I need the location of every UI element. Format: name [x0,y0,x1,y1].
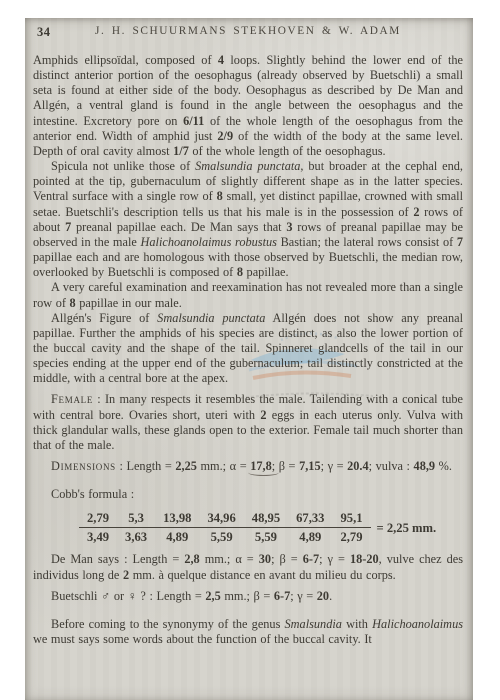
text-segment: mm.; α = [197,459,250,473]
text-segment: 18-20 [350,552,379,566]
paragraph: A very careful examination and reexamina… [33,280,463,310]
text-segment: ; γ = [290,589,317,603]
paragraph: De Man says : Length = 2,8 mm.; α = 30; … [33,552,463,582]
fraction-numerator: 48,95 [244,511,288,528]
text-segment: Allgén's Figure of [51,311,157,325]
text-segment: of the whole length of the oesophagus. [189,144,386,158]
species-name: Smalsundia [285,617,342,631]
text-segment: Amphids ellipsoïdal, composed of [33,53,218,67]
running-title: J. H. SCHUURMANS STEKHOVEN & W. ADAM [33,25,463,37]
scanned-page: 34 J. H. SCHUURMANS STEKHOVEN & W. ADAM … [25,18,473,700]
paragraph: Cobb's formula : [33,487,463,502]
fraction-denominator: 3,63 [117,528,155,545]
text-segment: preanal papillae each. De Man says that [71,220,286,234]
text-segment: Before coming to the synonymy of the gen… [51,617,285,631]
body-text-continued: De Man says : Length = 2,8 mm.; α = 30; … [33,552,463,647]
fraction-numerator: 13,98 [155,511,199,528]
species-name: Smalsundia punctata [195,159,300,173]
text-segment: %. [435,459,452,473]
text-segment: Female [51,392,93,406]
paragraph: Buetschli ♂ or ♀ ? : Length = 2,5 mm.; β… [33,589,463,604]
text-segment: ; γ = [319,552,350,566]
text-segment: 17,8 [250,459,272,473]
body-text: Amphids ellipsoïdal, composed of 4 loops… [33,53,463,502]
text-segment: 20.4 [347,459,369,473]
cobb-formula: 2,793,495,33,6313,984,8934,965,5948,955,… [79,511,463,545]
text-segment: 6-7 [303,552,319,566]
text-segment: 2,25 [175,459,197,473]
fraction-column: 34,965,59 [199,511,243,545]
text-segment: papillae in our male. [76,296,182,310]
fraction-denominator: 4,89 [155,528,199,545]
text-segment: 30 [259,552,271,566]
text-segment: Cobb's formula : [51,487,134,501]
text-segment: Spicula not unlike those of [51,159,195,173]
text-segment: Dimensions [51,459,116,473]
fraction-numerator: 34,96 [199,511,243,528]
paragraph: Female : In many respects it resembles t… [33,392,463,453]
text-segment: 20 [317,589,329,603]
fraction-column: 13,984,89 [155,511,199,545]
fraction-denominator: 2,79 [332,528,370,545]
text-segment: we must says some words about the functi… [33,632,372,646]
fraction-column: 95,12,79 [332,511,370,545]
species-name: Halichoanolaimus robustus [141,235,277,249]
fraction-denominator: 3,49 [79,528,117,545]
fraction-numerator: 95,1 [332,511,370,528]
fraction-numerator: 67,33 [288,511,332,528]
text-segment: 48,9 [414,459,436,473]
text-segment: with [342,617,372,631]
text-segment: 2/9 [217,129,233,143]
fraction-denominator: 5,59 [244,528,288,545]
text-segment: ; vulva : [369,459,414,473]
page-number: 34 [37,25,51,40]
fraction-denominator: 4,89 [288,528,332,545]
text-segment: Buetschli ♂ or ♀ ? : Length = [51,589,205,603]
text-segment: 2,8 [184,552,199,566]
text-segment: 2,5 [205,589,220,603]
paragraph: Amphids ellipsoïdal, composed of 4 loops… [33,53,463,159]
paragraph: Before coming to the synonymy of the gen… [33,617,463,647]
text-segment: 6/11 [183,114,204,128]
text-segment: mm.; α = [200,552,259,566]
text-segment: papillae. [243,265,289,279]
paragraph: Allgén's Figure of Smalsundia punctata A… [33,311,463,387]
text-segment: . [329,589,332,603]
page-header: 34 J. H. SCHUURMANS STEKHOVEN & W. ADAM [33,25,463,40]
fraction-column: 2,793,49 [79,511,117,545]
text-segment: 7,15 [299,459,321,473]
scan-background: 34 J. H. SCHUURMANS STEKHOVEN & W. ADAM … [0,0,500,700]
species-name: Halichoanolaimus [372,617,463,631]
fraction-column: 5,33,63 [117,511,155,545]
paragraph: Spicula not unlike those of Smalsundia p… [33,159,463,280]
cobb-formula-fractions: 2,793,495,33,6313,984,8934,965,5948,955,… [79,511,371,545]
fraction-denominator: 5,59 [199,528,243,545]
text-segment: mm. à quelque distance en avant du milie… [129,568,396,582]
text-segment: De Man says : Length = [51,552,184,566]
fraction-column: 48,955,59 [244,511,288,545]
fraction-numerator: 5,3 [117,511,155,528]
text-segment: Bastian; the lateral rows consist of [277,235,457,249]
text-segment: ; β = [271,552,303,566]
text-segment: : Length = [116,459,175,473]
text-segment: 6-7 [274,589,290,603]
cobb-formula-result: = 2,25 mm. [377,521,437,536]
fraction-numerator: 2,79 [79,511,117,528]
paragraph: Dimensions : Length = 2,25 mm.; α = 17,8… [33,459,463,474]
text-segment: 1/7 [173,144,189,158]
species-name: Smalsundia punctata [157,311,265,325]
text-segment: ; γ = [321,459,348,473]
text-segment: 7 [457,235,463,249]
text-segment: mm.; β = [221,589,274,603]
fraction-column: 67,334,89 [288,511,332,545]
